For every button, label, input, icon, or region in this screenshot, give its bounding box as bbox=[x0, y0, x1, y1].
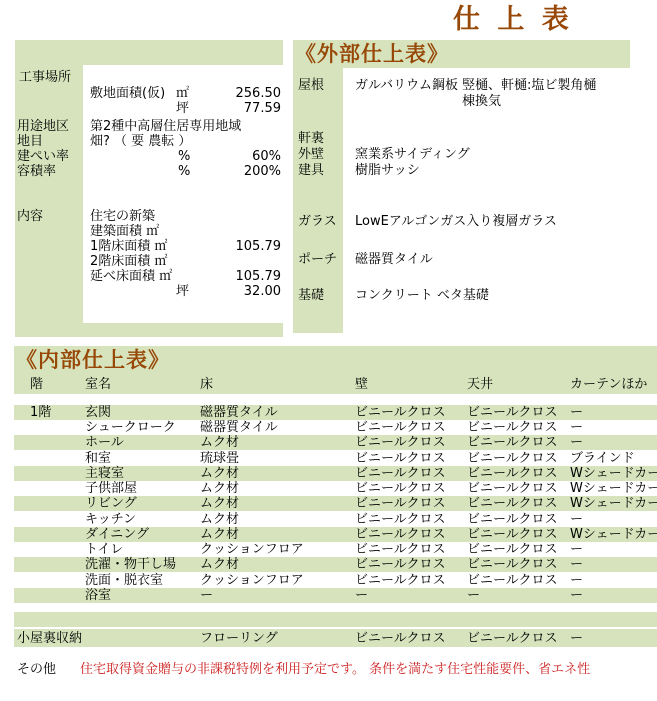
finish-schedule-sheet: 仕 上 表 工事場所 敷地面積(仮) ㎡ 256.50 坪 77.59 用途地区… bbox=[0, 0, 657, 701]
far-value: 200% bbox=[224, 164, 281, 179]
glass-label: ガラス bbox=[298, 214, 337, 229]
porch-value: 磁器質タイル bbox=[355, 252, 433, 267]
building-area-label: 建築面積 ㎡ bbox=[90, 224, 159, 239]
cell-wall: ビニールクロス bbox=[355, 512, 445, 527]
cell-wall: ビニールクロス bbox=[355, 435, 445, 450]
cell-wall: ビニールクロス bbox=[355, 542, 445, 557]
cell-room: 玄関 bbox=[85, 405, 111, 420]
cell-ceiling: ビニールクロス bbox=[467, 481, 557, 496]
cell-room: 和室 bbox=[85, 451, 111, 466]
cell-wall: ビニールクロス bbox=[355, 451, 445, 466]
interior-section-title: 《内部仕上表》 bbox=[16, 349, 170, 372]
cell-ceiling: ビニールクロス bbox=[467, 573, 557, 588]
site-area-value: 256.50 bbox=[224, 86, 281, 101]
fitting-value: 樹脂サッシ bbox=[355, 163, 420, 178]
site-tsubo-value: 77.59 bbox=[224, 101, 281, 116]
table-row-hall: ホール ムク材 ビニールクロス ビニールクロス ー bbox=[14, 435, 657, 450]
cell-floor-finish: クッションフロア bbox=[200, 573, 304, 588]
cell-attic-name: 小屋裏収納 bbox=[17, 631, 82, 646]
page-title: 仕 上 表 bbox=[453, 5, 573, 35]
cell-ceiling: ビニールクロス bbox=[467, 451, 557, 466]
cell-floor-finish: 琉球畳 bbox=[200, 451, 239, 466]
table-row-laundry: 洗濯・物干し場 ムク材 ビニールクロス ビニールクロス ー bbox=[14, 557, 657, 572]
land-category-label: 地目 bbox=[17, 134, 43, 149]
cell-curtain: ー bbox=[570, 435, 583, 450]
col-header-floor: 階 bbox=[30, 377, 43, 392]
cell-room: リビング bbox=[85, 496, 137, 511]
table-row-washitsu: 和室 琉球畳 ビニールクロス ビニールクロス ブラインド bbox=[14, 451, 657, 466]
table-row-shoe-cloak: シュークローク 磁器質タイル ビニールクロス ビニールクロス ー bbox=[14, 420, 657, 435]
table-row-dining: ダイニング ムク材 ビニールクロス ビニールクロス Wシェードカー bbox=[14, 527, 657, 542]
cell-curtain: ー bbox=[570, 631, 583, 646]
cell-ceiling: ビニールクロス bbox=[467, 435, 557, 450]
cell-floor: 1階 bbox=[30, 405, 51, 420]
foundation-value: コンクリート ベタ基礎 bbox=[355, 288, 489, 303]
cell-curtain: ー bbox=[570, 542, 583, 557]
cell-ceiling: ビニールクロス bbox=[467, 512, 557, 527]
foundation-label: 基礎 bbox=[298, 288, 324, 303]
cell-curtain: ー bbox=[570, 573, 583, 588]
cell-ceiling: ビニールクロス bbox=[467, 466, 557, 481]
cell-room: 洗濯・物干し場 bbox=[85, 557, 176, 572]
cell-curtain: Wシェードカー bbox=[570, 481, 657, 496]
cell-ceiling: ビニールクロス bbox=[467, 542, 557, 557]
cell-ceiling: ビニールクロス bbox=[467, 496, 557, 511]
exterior-section-title: 《外部仕上表》 bbox=[295, 43, 449, 66]
floor1-area-value: 105.79 bbox=[224, 239, 281, 254]
far-label: 容積率 bbox=[17, 164, 56, 179]
interior-header-row: 階 室名 床 壁 天井 カーテンほか bbox=[14, 377, 657, 392]
roof-label: 屋根 bbox=[298, 78, 324, 93]
other-label: その他 bbox=[17, 662, 56, 677]
roof-note: 竪樋、軒樋:塩ビ製角樋 bbox=[462, 78, 596, 93]
cell-wall: ビニールクロス bbox=[355, 496, 445, 511]
col-header-room: 室名 bbox=[85, 377, 111, 392]
cell-wall: ビニールクロス bbox=[355, 527, 445, 542]
zoning-label: 用途地区 bbox=[17, 119, 69, 134]
far-percent-sign: % bbox=[178, 164, 190, 179]
cell-room: 洗面・脱衣室 bbox=[85, 573, 163, 588]
site-location-label: 工事場所 bbox=[19, 70, 71, 85]
cell-curtain: Wシェードカー bbox=[570, 466, 657, 481]
content-label: 内容 bbox=[17, 209, 43, 224]
cell-curtain: Wシェードカー bbox=[570, 496, 657, 511]
cell-floor-finish: ムク材 bbox=[200, 557, 239, 572]
roof-note2: 棟換気 bbox=[462, 94, 501, 109]
cell-floor-finish: ムク材 bbox=[200, 527, 239, 542]
land-category-value: 畑? （ 要 農転 ） bbox=[90, 134, 191, 149]
col-header-floor-finish: 床 bbox=[200, 377, 213, 392]
cell-floor-finish: フローリング bbox=[200, 631, 278, 646]
cell-ceiling: ビニールクロス bbox=[467, 420, 557, 435]
cell-room: 子供部屋 bbox=[85, 481, 137, 496]
cell-wall: ビニールクロス bbox=[355, 466, 445, 481]
coverage-ratio-value: 60% bbox=[224, 149, 281, 164]
cell-ceiling: ビニールクロス bbox=[467, 631, 557, 646]
roof-value: ガルバリウム鋼板 bbox=[355, 78, 458, 93]
site-area-unit: ㎡ bbox=[176, 86, 189, 101]
cell-ceiling: ー bbox=[467, 588, 480, 603]
cell-curtain: ー bbox=[570, 405, 583, 420]
content-value: 住宅の新築 bbox=[90, 209, 155, 224]
cell-floor-finish: ー bbox=[200, 588, 213, 603]
cell-ceiling: ビニールクロス bbox=[467, 557, 557, 572]
table-row-kids-room: 子供部屋 ムク材 ビニールクロス ビニールクロス Wシェードカー bbox=[14, 481, 657, 496]
col-header-curtain: カーテンほか bbox=[570, 377, 647, 392]
cell-room: 主寝室 bbox=[85, 466, 124, 481]
cell-wall: ビニールクロス bbox=[355, 631, 445, 646]
table-row-master-bedroom: 主寝室 ムク材 ビニールクロス ビニールクロス Wシェードカー bbox=[14, 466, 657, 481]
cell-wall: ビニールクロス bbox=[355, 420, 445, 435]
site-tsubo-unit: 坪 bbox=[176, 101, 189, 116]
cell-ceiling: ビニールクロス bbox=[467, 527, 557, 542]
cell-curtain: ブラインド bbox=[570, 451, 635, 466]
site-area-label: 敷地面積(仮) bbox=[90, 86, 165, 101]
floor1-area-label: 1階床面積 ㎡ bbox=[90, 239, 167, 254]
coverage-ratio-label: 建ぺい率 bbox=[17, 149, 69, 164]
col-header-wall: 壁 bbox=[355, 377, 368, 392]
zoning-value: 第2種中高層住居専用地域 bbox=[90, 119, 241, 134]
cell-wall: ビニールクロス bbox=[355, 573, 445, 588]
other-note-text: 住宅取得資金贈与の非課税特例を利用予定です。 条件を満たす住宅性能要件、省エネ性 bbox=[80, 662, 590, 677]
total-floor-area-value: 105.79 bbox=[224, 269, 281, 284]
table-row-empty bbox=[14, 612, 657, 627]
cell-curtain: ー bbox=[570, 588, 583, 603]
cell-wall: ー bbox=[355, 588, 368, 603]
cell-room: 浴室 bbox=[85, 588, 111, 603]
table-row-genkan: 1階 玄関 磁器質タイル ビニールクロス ビニールクロス ー bbox=[14, 405, 657, 420]
total-tsubo-label: 坪 bbox=[176, 284, 189, 299]
coverage-percent-sign: % bbox=[178, 149, 190, 164]
cell-room: ダイニング bbox=[85, 527, 149, 542]
table-row-living: リビング ムク材 ビニールクロス ビニールクロス Wシェードカー bbox=[14, 496, 657, 511]
cell-curtain: Wシェードカー bbox=[570, 527, 657, 542]
fitting-label: 建具 bbox=[298, 163, 324, 178]
cell-curtain: ー bbox=[570, 512, 583, 527]
table-row-attic-storage: 小屋裏収納 フローリング ビニールクロス ビニールクロス ー bbox=[14, 629, 657, 647]
cell-curtain: ー bbox=[570, 420, 583, 435]
cell-floor-finish: ムク材 bbox=[200, 435, 239, 450]
exterior-wall-value: 窯業系サイディング bbox=[355, 147, 470, 162]
cell-wall: ビニールクロス bbox=[355, 481, 445, 496]
cell-wall: ビニールクロス bbox=[355, 557, 445, 572]
cell-room: キッチン bbox=[85, 512, 136, 527]
cell-floor-finish: クッションフロア bbox=[200, 542, 304, 557]
floor2-area-label: 2階床面積 ㎡ bbox=[90, 254, 167, 269]
porch-label: ポーチ bbox=[298, 252, 337, 267]
cell-wall: ビニールクロス bbox=[355, 405, 445, 420]
total-tsubo-value: 32.00 bbox=[224, 284, 281, 299]
table-row-bathroom: 浴室 ー ー ー ー bbox=[14, 588, 657, 603]
cell-floor-finish: 磁器質タイル bbox=[200, 420, 278, 435]
cell-floor-finish: 磁器質タイル bbox=[200, 405, 278, 420]
cell-floor-finish: ムク材 bbox=[200, 481, 239, 496]
exterior-wall-label: 外壁 bbox=[298, 147, 324, 162]
table-row-washroom: 洗面・脱衣室 クッションフロア ビニールクロス ビニールクロス ー bbox=[14, 573, 657, 588]
cell-ceiling: ビニールクロス bbox=[467, 405, 557, 420]
glass-value: LowEアルゴンガス入り複層ガラス bbox=[355, 214, 557, 229]
cell-room: トイレ bbox=[85, 542, 123, 557]
cell-room: シュークローク bbox=[85, 420, 176, 435]
cell-curtain: ー bbox=[570, 557, 583, 572]
col-header-ceiling: 天井 bbox=[467, 377, 493, 392]
cell-floor-finish: ムク材 bbox=[200, 466, 239, 481]
cell-floor-finish: ムク材 bbox=[200, 512, 239, 527]
table-row-toilet: トイレ クッションフロア ビニールクロス ビニールクロス ー bbox=[14, 542, 657, 557]
total-floor-area-label: 延べ床面積 ㎡ bbox=[90, 269, 172, 284]
cell-floor-finish: ムク材 bbox=[200, 496, 239, 511]
cell-room: ホール bbox=[85, 435, 124, 450]
table-row-kitchen: キッチン ムク材 ビニールクロス ビニールクロス ー bbox=[14, 512, 657, 527]
eaves-label: 軒裏 bbox=[298, 131, 324, 146]
